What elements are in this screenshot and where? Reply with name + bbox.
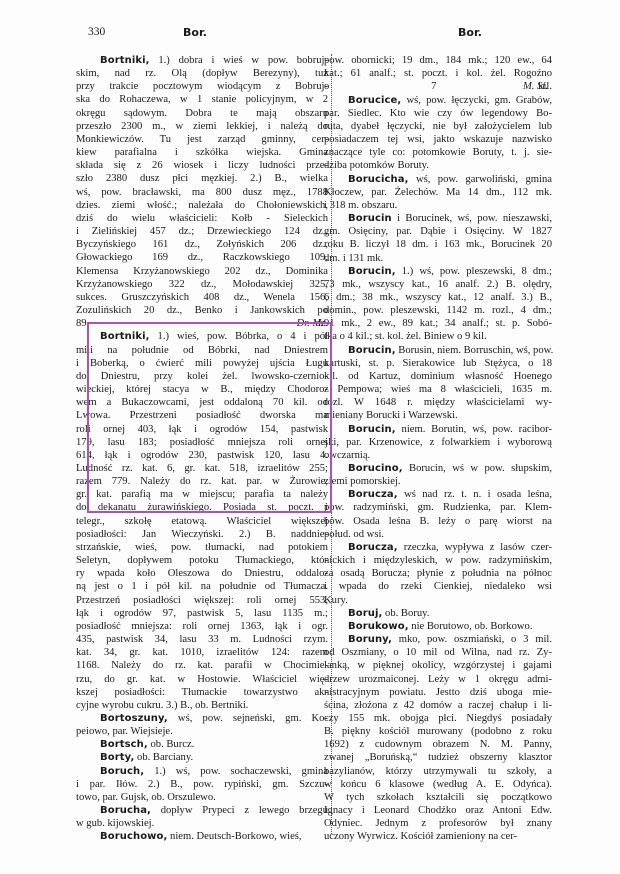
entry-text: Borusin, niem. Borruschin, wś, pow. [398,345,553,356]
entry-line: lanką, w pięknej okolicy, wzgórzystej i … [324,659,552,672]
dictionary-entry: Borucza, rzeczka, wypływa z lasów czer-n… [336,541,552,607]
entry-headword: Borucino, [348,463,403,474]
entry-line: czy 155 mk. obojga płci. Niegdyś posiada… [324,712,552,725]
entry-headword: Borucha, [100,805,151,816]
entry-text: roku B. liczył 18 dm. i 163 mk., Borucin… [324,239,552,250]
entry-text: roli ornej 403, łąk i ogrodów 154, pastw… [76,424,328,435]
dictionary-entry-highlighted: Bortniki, 1.) wieś, pow. Bóbrka, o 4 i p… [88,330,328,712]
entry-line: z Pempowa; wieś ma 8 właścicieli, 1635 m… [324,383,552,396]
entry-text: Odyniec. Jednym z profesorów był znany [324,818,552,829]
entry-line: par. Siedlec. Kto wie czy ów legendowy B… [324,107,552,120]
entry-line: Bortsch, ob. Burcz. [88,738,328,751]
entry-text: do Dniestru, przy kolei żel. lwowsko-cze… [76,371,328,382]
entry-text: ną jest o 1 i pół kil. na południe od Tł… [76,581,328,592]
entry-line: i par. Iłów. 2.) B., pow. rypiński, gm. … [76,778,328,791]
entry-line: 179, lasu 183; posiadłość mniejsza roli … [76,436,328,449]
entry-line: wieckiej, której stacya w B., między Cho… [76,383,328,396]
entry-line: tka o 4 kil.; st. kol. żel. Biniew o 9 k… [324,330,552,343]
entry-text: tka o 4 kil.; st. kol. żel. Biniew o 9 k… [324,331,487,342]
entry-text: z Pempowa; wieś ma 8 właścicieli, 1635 m… [324,384,552,395]
right-column: pow. obornicki; 19 dm., 184 mk.; 120 ew.… [336,54,552,844]
entry-line: Ignacy i Leonard Chodźko oraz Antoni Edw… [324,804,552,817]
dictionary-entry: Borucice, wś, pow. łęczycki, gm. Grabów,… [336,94,552,173]
entry-text: wś, pow. sejneński, gm. Ko- [178,713,328,724]
entry-text: nistracyjnym powiatu. Jestto dziś uboga … [324,687,552,698]
page-header: 330 Bor. Bor. [88,26,548,42]
entry-text: 1.) wieś, pow. Bóbrka, o 4 i pół [158,331,328,342]
entry-line: posiadłości: Jan Wieczyński. 2.) B. nadd… [76,528,328,541]
entry-headword: Boruch, [100,766,144,777]
entry-text: niem. Borutin, wś, pow. racibor- [402,424,552,435]
entry-text: posiadaczem tej wsi, jakto wskazuje nazw… [324,134,552,145]
entry-text: dziś do wielu właścicieli: Kołb - Sielec… [76,213,328,224]
entry-line: 1168. Należy do rz. kat. parafii w Choci… [76,659,328,672]
entry-line: bów. Osada leśna B. leży o parę wiorst n… [324,515,552,528]
entry-text: szło 2380 dusz płci męzkiej. 2.) B., wie… [76,173,328,184]
entry-line: Borucin, 1.) wś, pow. pleszewski, 8 dm.; [336,265,552,278]
entry-line: mili na południe od Bóbrki, nad Dniestre… [76,344,328,357]
entry-text: cyjne wyrobu cukru. 3.) B., ob. Bertniki… [76,700,248,711]
entry-line: Borucin i Borucinek, wś, pow. nieszawski… [336,212,552,225]
entry-line: W tych szkołach kształcili się początkow… [324,791,552,804]
entry-line: Boruny, mko, pow. oszmiański, o 3 mil. [336,633,552,646]
entry-text: ścina, złożona z 42 domów a raczej chału… [324,700,552,711]
entry-text: okręgu sądowym. Dobra te mają obszaru [76,108,328,119]
entry-line: gm. Osięciny, par. Dąbie i Osięciny. W 1… [324,225,552,238]
entry-text: Borucin, wś w pow. słupskim, [409,463,552,474]
entry-text: Zozulińskich 20 dz., Benko i Jankowskich… [76,305,328,316]
entry-text: bazylianów, którzy utrzymywali tu szkoły… [324,766,552,777]
entry-line: Borucza, wś nad rz. t. n. i osada leśna, [336,488,552,501]
entry-line: posiadłość mniejsza: roli ornej 1363, łą… [76,620,328,633]
dictionary-entry: Borucicha, wś, pow. garwoliński, gminaKł… [336,173,552,212]
entry-line: Seletyn, dopływem potoku Tłumackiego, kt… [76,554,328,567]
entry-text: ski, par. Krzenowice, z folwarkiem i wyb… [324,437,552,448]
entry-line: rzu, do gr. kat. w Hostowie. Właściciel … [76,673,328,686]
entry-line: Boruchowo, niem. Deutsch-Borkowo, wieś, [88,830,328,843]
entry-line: razem 779. Należy do rz. kat. par. w Żur… [76,475,328,488]
entry-line: 91 mk., 2 ew., 89 kat.; 34 analf.; st. p… [324,317,552,330]
entry-text: peiowo, par. Wiejsieje. [76,726,173,737]
entry-line: kil. od Kartuz, dominium własność Hoeneg… [324,370,552,383]
entry-line: Monkiewiczów. Tu jest zarząd gminny, cer… [76,133,328,146]
entry-line: dziba potomków Boruty. [324,159,552,172]
entry-line: Kłoczew, par. Żelechów. Ma 14 dm., 112 m… [324,186,552,199]
entry-line: wem a Bukaczowcami, jest oddaloną 70 kil… [76,396,328,409]
entry-text: ry wpada koło Oleszowa do Dniestru, odda… [76,568,328,579]
entry-text: ob. Boruy. [385,608,429,619]
entry-text: mieniany Borucki i Warzewski. [324,410,458,421]
entry-text: dzies. ziemi włość.; należała do Chołoni… [76,200,328,211]
entry-text: i par. Iłów. 2.) B., pow. rypiński, gm. … [76,779,328,790]
entry-line: do dekanatu żurawińskiego. Posiada st. p… [76,501,328,514]
dictionary-entry: Borucin, 1.) wś, pow. pleszewski, 8 dm.;… [336,265,552,344]
entry-line: kszej posiadłości: Tłumackie towarzystwo… [76,686,328,699]
entry-text: pow. radzymiński, gm. Rudzienka, par. Kl… [324,502,552,513]
entry-headword: Boruchowo, [100,831,167,842]
entry-line: sukces. Gruszczyńskich 408 dz., Wenela 1… [76,291,328,304]
dictionary-entry: Boruch, 1.) wś, pow. sochaczewski, gmina… [88,765,328,804]
entry-line: Borucicha, wś, pow. garwoliński, gmina [336,173,552,186]
entry-text: Monkiewiczów. Tu jest zarząd gminny, cer… [76,134,328,145]
entry-text: 179, lasu 183; posiadłość mniejsza roli … [76,437,328,448]
entry-text: do dekanatu żurawińskiego. Posiada st. p… [76,502,328,513]
entry-text: kartuski, st. p. Sierakowice lub Stężyca… [324,358,552,369]
entry-text: ob. Burcz. [150,739,194,750]
entry-text: drzew urozmaiconej. Leży w 1 okręgu admi… [324,674,552,685]
entry-text: domin., pow. pleszewski, 1142 m. rozl., … [324,305,552,316]
entry-text: Ignacy i Leonard Chodźko oraz Antoni Edw… [324,805,552,816]
entry-text: bów. Osada leśna B. leży o parę wiorst n… [324,516,552,527]
entry-headword: Boruny, [348,634,392,645]
entry-headword: Borucza, [348,489,398,500]
entry-headword: Borucice, [348,95,401,106]
entry-line: Borucino, Borucin, wś w pow. słupskim, [336,462,552,475]
entry-headword: Borucin, [348,266,396,277]
entry-text: 1.) dobra i wieś w pow. bobruj- [158,55,328,66]
dictionary-entry: Borucin i Borucinek, wś, pow. nieszawski… [336,212,552,265]
entry-text: 1.) wś, pow. pleszewski, 8 dm.; [402,266,552,277]
entry-text: Seletyn, dopływem potoku Tłumackiego, kt… [76,555,328,566]
entry-line: posiadaczem tej wsi, jakto wskazuje nazw… [324,133,552,146]
entry-line: Bortniki, 1.) dobra i wieś w pow. bobruj… [88,54,328,67]
entry-text: dopływ Prypeci z lewego brzegu [161,805,328,816]
entry-line: ry wpada koło Oleszowa do Dniestru, odda… [76,567,328,580]
entry-text: dziba potomków Boruty. [324,160,429,171]
entry-line: kat. 34, gr. kat. 1010, izraelitów 124: … [76,646,328,659]
entry-line: nistracyjnym powiatu. Jestto dziś uboga … [324,686,552,699]
entry-line: 73 mk., wszyscy kat., 16 analf. 2.) B. o… [324,278,552,291]
entry-line: Ludność rz. kat. 6, gr. kat. 518, izrael… [76,462,328,475]
entry-headword: Bortsch, [100,739,148,750]
entry-text: pow. obornicki; 19 dm., 184 mk.; 120 ew.… [324,55,552,66]
entry-text: gm. Osięciny, par. Dąbie i Osięciny. W 1… [324,226,552,237]
dictionary-entry: Bortoszuny, wś, pow. sejneński, gm. Ko-p… [88,712,328,738]
entry-line: łąk i ogrodów 97, pastwisk 5, lasu 1135 … [76,607,328,620]
entry-text: ziemi pomorskiej. [324,476,401,487]
entry-text: w gub. kijowskiej. [76,818,154,829]
entry-line: dziś do wielu właścicieli: Kołb - Sielec… [76,212,328,225]
entry-headword: Boruj, [348,608,382,619]
entry-text: składa się z 26 wiosek i liczy ludności … [76,160,328,171]
entry-text: 6 dm.; 38 mk., wszyscy kat., 12 analf. 3… [324,292,552,303]
entry-text: i Borucinek, wś, pow. nieszawski, [397,213,552,224]
entry-text: lanką, w pięknej okolicy, wzgórzystej i … [324,660,552,671]
entry-line: peiowo, par. Wiejsieje. [76,725,328,738]
entry-headword: Borucin, [348,424,396,435]
dictionary-entry: Boruj, ob. Boruy. [336,607,552,620]
entry-line: ścina, złożona z 42 domów a raczej chału… [324,699,552,712]
entry-text: Kłoczew, par. Żelechów. Ma 14 dm., 112 m… [324,187,552,198]
entry-line: 1692) z cudownym obrazem N. M. Panny, [324,738,552,751]
entry-text: połud. od wsi. [324,529,384,540]
entry-line: przeszło 2300 m., w ziemi lekkiej, i nal… [76,120,328,133]
entry-line: Zozulińskich 20 dz., Benko i Jankowskich… [76,304,328,317]
entry-text: 1168. Należy do rz. kat. parafii w Choci… [76,660,328,671]
entry-line: Boruch, 1.) wś, pow. sochaczewski, gmina [88,765,328,778]
dictionary-entry: Boruchowo, niem. Deutsch-Borkowo, wieś, [88,830,328,843]
entry-text: od Oszmiany, o 10 mil od Wilna, nad rz. … [324,647,552,658]
dictionary-entry: Borucin, Borusin, niem. Borruschin, wś, … [336,344,552,423]
entry-line: 6 dm.; 38 mk., wszyscy kat., 12 analf. 3… [324,291,552,304]
entry-line: kartuski, st. p. Sierakowice lub Stężyca… [324,357,552,370]
entry-line: szło 2380 dusz płci męzkiej. 2.) B., wie… [76,172,328,185]
entry-text: Krzyżanowskiego 322 dz., Mołodawskiej 32… [76,279,328,290]
entry-text: kat.; 61 analf.; st. poczt. i kol. żel. … [324,68,552,79]
entry-headword: Borucicha, [348,174,409,185]
entry-text: wś, pow. bracławski, ma 800 dusz męz., 1… [76,187,328,198]
entry-text: Byczyńskiego 161 dz., Zołyńskich 206 dz.… [76,239,328,250]
entry-text: kat. 34, gr. kat. 1010, izraelitów 124: … [76,647,328,658]
entry-line: i 318 m. obszaru. [324,199,552,212]
entry-line: uczony Wyrwicz. Kościół zamieniony na ce… [324,830,552,843]
entry-line: Klemensa Krzyżanowskiego 202 dz., Domini… [76,265,328,278]
entry-line: Kury. [324,594,552,607]
entry-line: Bortniki, 1.) wieś, pow. Bóbrka, o 4 i p… [88,330,328,343]
entry-text: Klemensa Krzyżanowskiego 202 dz., Domini… [76,266,328,277]
entry-line: Boruj, ob. Boruy. [336,607,552,620]
dictionary-entry: pow. obornicki; 19 dm., 184 mk.; 120 ew.… [336,54,552,94]
entry-text: rozl. W 1648 r. między właścicielami wy- [324,397,552,408]
entry-text: skim, nad rz. Olą (dopływ Berezyny), tuż [76,68,328,79]
entry-headword: Borucza, [348,542,398,553]
entry-line: kat.; 61 analf.; st. poczt. i kol. żel. … [324,67,552,80]
entry-text: Lwowa. Przestrzeni posiadłość dworska ma [76,410,328,421]
entry-line: zwanej „Boruńską,“ tudzież obszerny klas… [324,751,552,764]
entry-line: i wpada do rzeki Cienkiej, niedaleko wsi [324,580,552,593]
entry-line: gr. kat. parafią ma w miejscu; parafia t… [76,488,328,501]
entry-line: domin., pow. pleszewski, 1142 m. rozl., … [324,304,552,317]
entry-text: B. piękny kościół murowany (podobno z ro… [324,726,552,737]
entry-line: roli ornej 403, łąk i ogrodów 154, pastw… [76,423,328,436]
entry-line: wś, pow. bracławski, ma 800 dusz męz., 1… [76,186,328,199]
entry-line: Byczyńskiego 161 dz., Zołyńskich 206 dz.… [76,238,328,251]
entry-text: kiew parafialna i szkółka wiejska. Gmina [76,147,328,158]
entry-text: 614, łąk i ogrodów 230, pastwisk 120, la… [76,450,328,461]
entry-text: posiadłość mniejsza: roli ornej 1363, łą… [76,621,328,632]
entry-text: wś, pow. garwoliński, gmina [416,174,552,185]
entry-text: i Zielińskiej 457 dz.; Drzewieckiego 124… [76,226,328,237]
page-number: 330 [88,26,105,38]
entry-text: wś nad rz. t. n. i osada leśna, [404,489,552,500]
entry-text: i wpada do rzeki Cienkiej, niedaleko wsi [324,581,552,592]
entry-text: 89 dz. [76,318,328,329]
dictionary-entry: Borucin, niem. Borutin, wś, pow. racibor… [336,423,552,462]
entry-text: Głowackiego 169 dz., Raczkowskiego 109, [76,252,328,263]
entry-text: mili na południe od Bóbrki, nad Dniestre… [76,345,328,356]
dictionary-entry: Borucino, Borucin, wś w pow. słupskim,zi… [336,462,552,488]
entry-text: kil. od Kartuz, dominium własność Hoeneg… [324,371,552,382]
entry-line: Borucice, wś, pow. łęczycki, gm. Grabów, [336,94,552,107]
dictionary-entry: Borty, ob. Barciany. [88,751,328,764]
entry-line: ziemi pomorskiej. [324,475,552,488]
entry-text: nie Borutowo, ob. Borkowo. [411,621,532,632]
entry-line: cyjne wyrobu cukru. 3.) B., ob. Bertniki… [76,699,328,712]
entry-line: telegr., szkołę etatową. Właściciel więk… [76,515,328,528]
entry-text: posiadłości: Jan Wieczyński. 2.) B. nadd… [76,529,328,540]
entry-line: rozl. W 1648 r. między właścicielami wy- [324,396,552,409]
entry-text: W tych szkołach kształcili się początkow… [324,792,552,803]
entry-text: 435, pastwisk 34, lasu 33 m. Ludności rz… [76,634,328,645]
entry-text: zwanej „Boruńską,“ tudzież obszerny klas… [324,752,552,763]
entry-text: ska do Rohaczewa, w 1 stanie policyjnym,… [76,94,328,105]
entry-line: skim, nad rz. Olą (dopływ Berezyny), tuż [76,67,328,80]
running-head-left: Bor. [183,26,207,39]
entry-text: telegr., szkołę etatową. Właściciel więk… [76,516,328,527]
dictionary-entry: Borucha, dopływ Prypeci z lewego brzeguw… [88,804,328,830]
entry-text: kszej posiadłości: Tłumackie towarzystwo… [76,687,328,698]
entry-text: par. Siedlec. Kto wie czy ów legendowy B… [324,108,552,119]
entry-line: drzew urozmaiconej. Leży w 1 okręgu admi… [324,673,552,686]
entry-text: Przestrzeń posiadłości większej: roli or… [76,595,328,606]
entry-headword: Borucin [348,213,392,224]
entry-line: o 7 kil. [324,80,552,93]
entry-text: czy 155 mk. obojga płci. Niegdyś posiada… [324,713,552,724]
entry-text: gr. kat. parafią ma w miejscu; parafia t… [76,489,328,500]
entry-text: ruta, dyabeł łęczycki, nie był założycie… [324,121,552,132]
entry-line: B. piękny kościół murowany (podobno z ro… [324,725,552,738]
entry-line: 89 dz. [76,317,328,330]
entry-text: przy trakcie pocztowym wiodącym z Bobruj… [76,81,328,92]
entry-line: i Zielińskiej 457 dz.; Drzewieckiego 124… [76,225,328,238]
entry-text: za osadą Borucza; płynie z południa na p… [324,568,552,579]
dictionary-page: 330 Bor. Bor. Bortniki, 1.) dobra i wieś… [0,0,620,874]
entry-line: ną jest o 1 i pół kil. na południe od Tł… [76,580,328,593]
entry-line: Borukowo, nie Borutowo, ob. Borkowo. [336,620,552,633]
entry-line: pow. obornicki; 19 dm., 184 mk.; 120 ew.… [324,54,552,67]
entry-line: w gub. kijowskiej. [76,817,328,830]
entry-line: od Oszmiany, o 10 mil od Wilna, nad rz. … [324,646,552,659]
entry-text: owczarnią. [324,450,370,461]
dictionary-entry: Borukowo, nie Borutowo, ob. Borkowo. [336,620,552,633]
entry-line: Przestrzeń posiadłości większej: roli or… [76,594,328,607]
entry-text: Ludność rz. kat. 6, gr. kat. 518, izrael… [76,463,328,474]
left-column: Bortniki, 1.) dobra i wieś w pow. bobruj… [88,54,328,844]
entry-line: ski, par. Krzenowice, z folwarkiem i wyb… [324,436,552,449]
entry-line: do Dniestru, przy kolei żel. lwowsko-cze… [76,370,328,383]
entry-text: nickich i międzyleskich, w pow. radzymiń… [324,555,552,566]
entry-line: Lwowa. Przestrzeni posiadłość dworska ma [76,409,328,422]
dictionary-entry: Bortniki, 1.) dobra i wieś w pow. bobruj… [88,54,328,330]
entry-text: razem 779. Należy do rz. kat. par. w Żur… [76,476,328,487]
entry-text: znaczące tyle co: potomkowie Boruty, t. … [324,147,552,158]
entry-line: 435, pastwisk 34, lasu 33 m. Ludności rz… [76,633,328,646]
entry-text: wem a Bukaczowcami, jest oddaloną 70 kil… [76,397,328,408]
entry-line: kiew parafialna i szkółka wiejska. Gmina [76,146,328,159]
entry-text: Kury. [324,595,348,606]
entry-headword: Bortniki, [100,55,150,66]
entry-text: 91 mk., 2 ew., 89 kat.; 34 analf.; st. p… [324,318,552,329]
running-head-right: Bor. [458,26,482,39]
entry-line: okręgu sądowym. Dobra te mają obszaru [76,107,328,120]
entry-text: i Boberką, o ćwierć mili powyżej ujścia … [76,358,328,369]
entry-line: przy trakcie pocztowym wiodącym z Bobruj… [76,80,328,93]
entry-line: owczarnią. [324,449,552,462]
entry-text: towo, par. Gujsk, ob. Orszulewo. [76,792,216,803]
entry-line: znaczące tyle co: potomkowie Boruty, t. … [324,146,552,159]
entry-text: rzeczka, wypływa z lasów czer- [404,542,552,553]
entry-headword: Borukowo, [348,621,409,632]
entry-line: Borty, ob. Barciany. [88,751,328,764]
entry-line: strzańskie, wieś, pow. tłumacki, nad pot… [76,541,328,554]
entry-line: Bortoszuny, wś, pow. sejneński, gm. Ko- [88,712,328,725]
dictionary-entry: Boruny, mko, pow. oszmiański, o 3 mil.od… [336,633,552,844]
entry-text: wś, pow. łęczycki, gm. Grabów, [406,95,552,106]
entry-text: 73 mk., wszyscy kat., 16 analf. 2.) B. o… [324,279,552,290]
entry-line: Głowackiego 169 dz., Raczkowskiego 109, [76,251,328,264]
entry-line: w końcu 6 klasowe (według A. E. Odyńca). [324,778,552,791]
entry-line: składa się z 26 wiosek i liczy ludności … [76,159,328,172]
entry-text: o 7 kil. [324,81,552,92]
entry-line: Krzyżanowskiego 322 dz., Mołodawskiej 32… [76,278,328,291]
entry-text: 1.) wś, pow. sochaczewski, gmina [154,766,328,777]
entry-text: przeszło 2300 m., w ziemi lekkiej, i nal… [76,121,328,132]
entry-line: dzies. ziemi włość.; należała do Chołoni… [76,199,328,212]
entry-line: nickich i międzyleskich, w pow. radzymiń… [324,554,552,567]
entry-text: 1692) z cudownym obrazem N. M. Panny, [324,739,552,750]
entry-line: Borucha, dopływ Prypeci z lewego brzegu [88,804,328,817]
entry-line: Borucin, Borusin, niem. Borruschin, wś, … [336,344,552,357]
entry-text: i 318 m. obszaru. [324,200,397,211]
entry-line: Borucza, rzeczka, wypływa z lasów czer- [336,541,552,554]
entry-headword: Borty, [100,752,134,763]
entry-line: Odyniec. Jednym z profesorów był znany [324,817,552,830]
dictionary-entry: Borucza, wś nad rz. t. n. i osada leśna,… [336,488,552,541]
entry-text: mko, pow. oszmiański, o 3 mil. [399,634,552,645]
entry-text: sukces. Gruszczyńskich 408 dz., Wenela 1… [76,292,328,303]
entry-line: bazylianów, którzy utrzymywali tu szkoły… [324,765,552,778]
entry-text: dm. i 131 mk. [324,253,383,264]
entry-text: ob. Barciany. [137,752,193,763]
dictionary-entry: Bortsch, ob. Burcz. [88,738,328,751]
entry-text: niem. Deutsch-Borkowo, wieś, [170,831,302,842]
entry-line: pow. radzymiński, gm. Rudzienka, par. Kl… [324,501,552,514]
entry-line: dm. i 131 mk. [324,252,552,265]
entry-line: i Boberką, o ćwierć mili powyżej ujścia … [76,357,328,370]
entry-line: połud. od wsi. [324,528,552,541]
entry-text: strzańskie, wieś, pow. tłumacki, nad pot… [76,542,328,553]
entry-line: za osadą Borucza; płynie z południa na p… [324,567,552,580]
entry-headword: Borucin, [348,345,396,356]
entry-text: uczony Wyrwicz. Kościół zamieniony na ce… [324,831,517,842]
entry-line: Borucin, niem. Borutin, wś, pow. racibor… [336,423,552,436]
entry-line: ruta, dyabeł łęczycki, nie był założycie… [324,120,552,133]
entry-line: 614, łąk i ogrodów 230, pastwisk 120, la… [76,449,328,462]
entry-line: mieniany Borucki i Warzewski. [324,409,552,422]
entry-line: ska do Rohaczewa, w 1 stanie policyjnym,… [76,93,328,106]
entry-text: w końcu 6 klasowe (według A. E. Odyńca). [324,779,552,790]
entry-text: rzu, do gr. kat. w Hostowie. Właściciel … [76,674,328,685]
entry-line: roku B. liczył 18 dm. i 163 mk., Borucin… [324,238,552,251]
entry-text: łąk i ogrodów 97, pastwisk 5, lasu 1135 … [76,608,328,619]
entry-headword: Bortniki, [100,331,150,342]
entry-line: towo, par. Gujsk, ob. Orszulewo. [76,791,328,804]
entry-headword: Bortoszuny, [100,713,168,724]
entry-text: wieckiej, której stacya w B., między Cho… [76,384,328,395]
